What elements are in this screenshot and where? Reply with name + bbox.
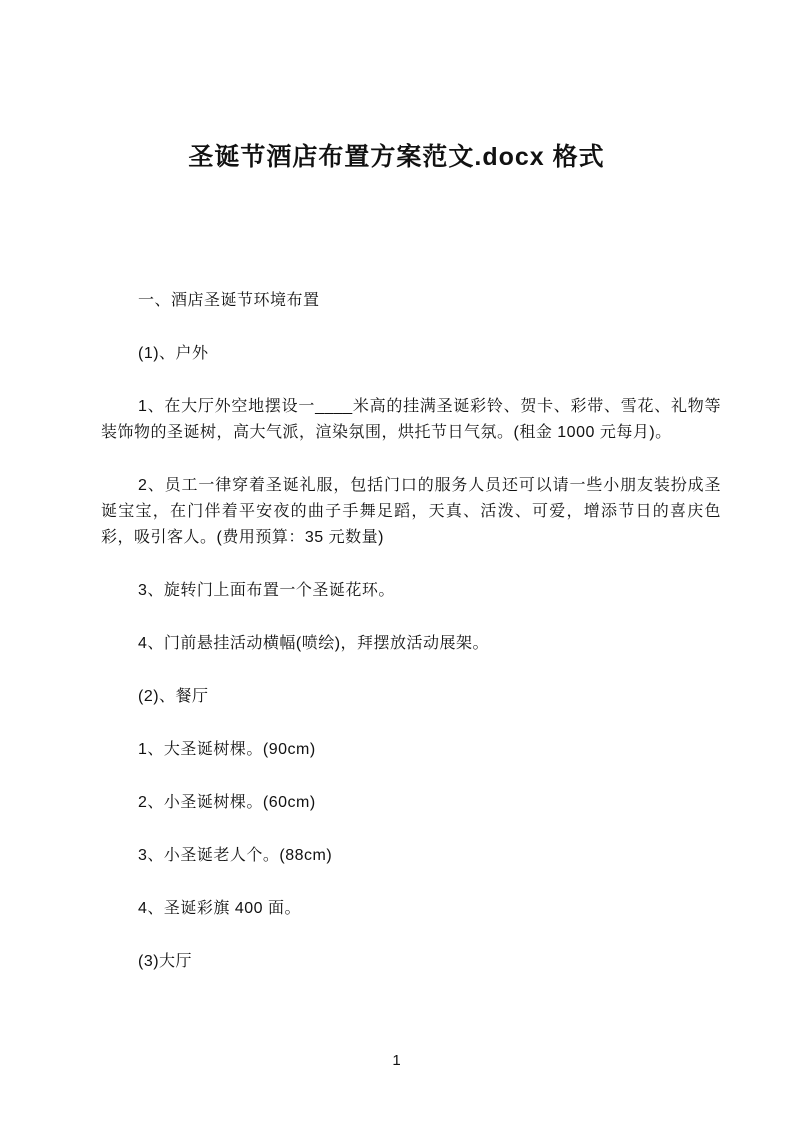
subsection-heading: (1)、户外 bbox=[101, 341, 721, 367]
document-title: 圣诞节酒店布置方案范文.docx 格式 bbox=[0, 141, 793, 174]
paragraph: 3、小圣诞老人个。(88cm) bbox=[101, 843, 721, 869]
paragraph: 3、旋转门上面布置一个圣诞花环。 bbox=[101, 578, 721, 604]
subsection-heading: (3)大厅 bbox=[101, 949, 721, 975]
page-number: 1 bbox=[0, 1052, 793, 1070]
paragraph: 1、大圣诞树棵。(90cm) bbox=[101, 737, 721, 763]
paragraph: 2、小圣诞树棵。(60cm) bbox=[101, 790, 721, 816]
subsection-heading: (2)、餐厅 bbox=[101, 684, 721, 710]
paragraph: 2、员工一律穿着圣诞礼服，包括门口的服务人员还可以请一些小朋友装扮成圣诞宝宝，在… bbox=[101, 473, 721, 551]
document-page: 圣诞节酒店布置方案范文.docx 格式 一、酒店圣诞节环境布置 (1)、户外 1… bbox=[0, 0, 793, 1122]
paragraph: 4、圣诞彩旗 400 面。 bbox=[101, 896, 721, 922]
paragraph: 4、门前悬挂活动横幅(喷绘)，拜摆放活动展架。 bbox=[101, 631, 721, 657]
document-body: 一、酒店圣诞节环境布置 (1)、户外 1、在大厅外空地摆设一____米高的挂满圣… bbox=[101, 288, 721, 1002]
section-heading: 一、酒店圣诞节环境布置 bbox=[101, 288, 721, 314]
paragraph: 1、在大厅外空地摆设一____米高的挂满圣诞彩铃、贺卡、彩带、雪花、礼物等装饰物… bbox=[101, 394, 721, 446]
